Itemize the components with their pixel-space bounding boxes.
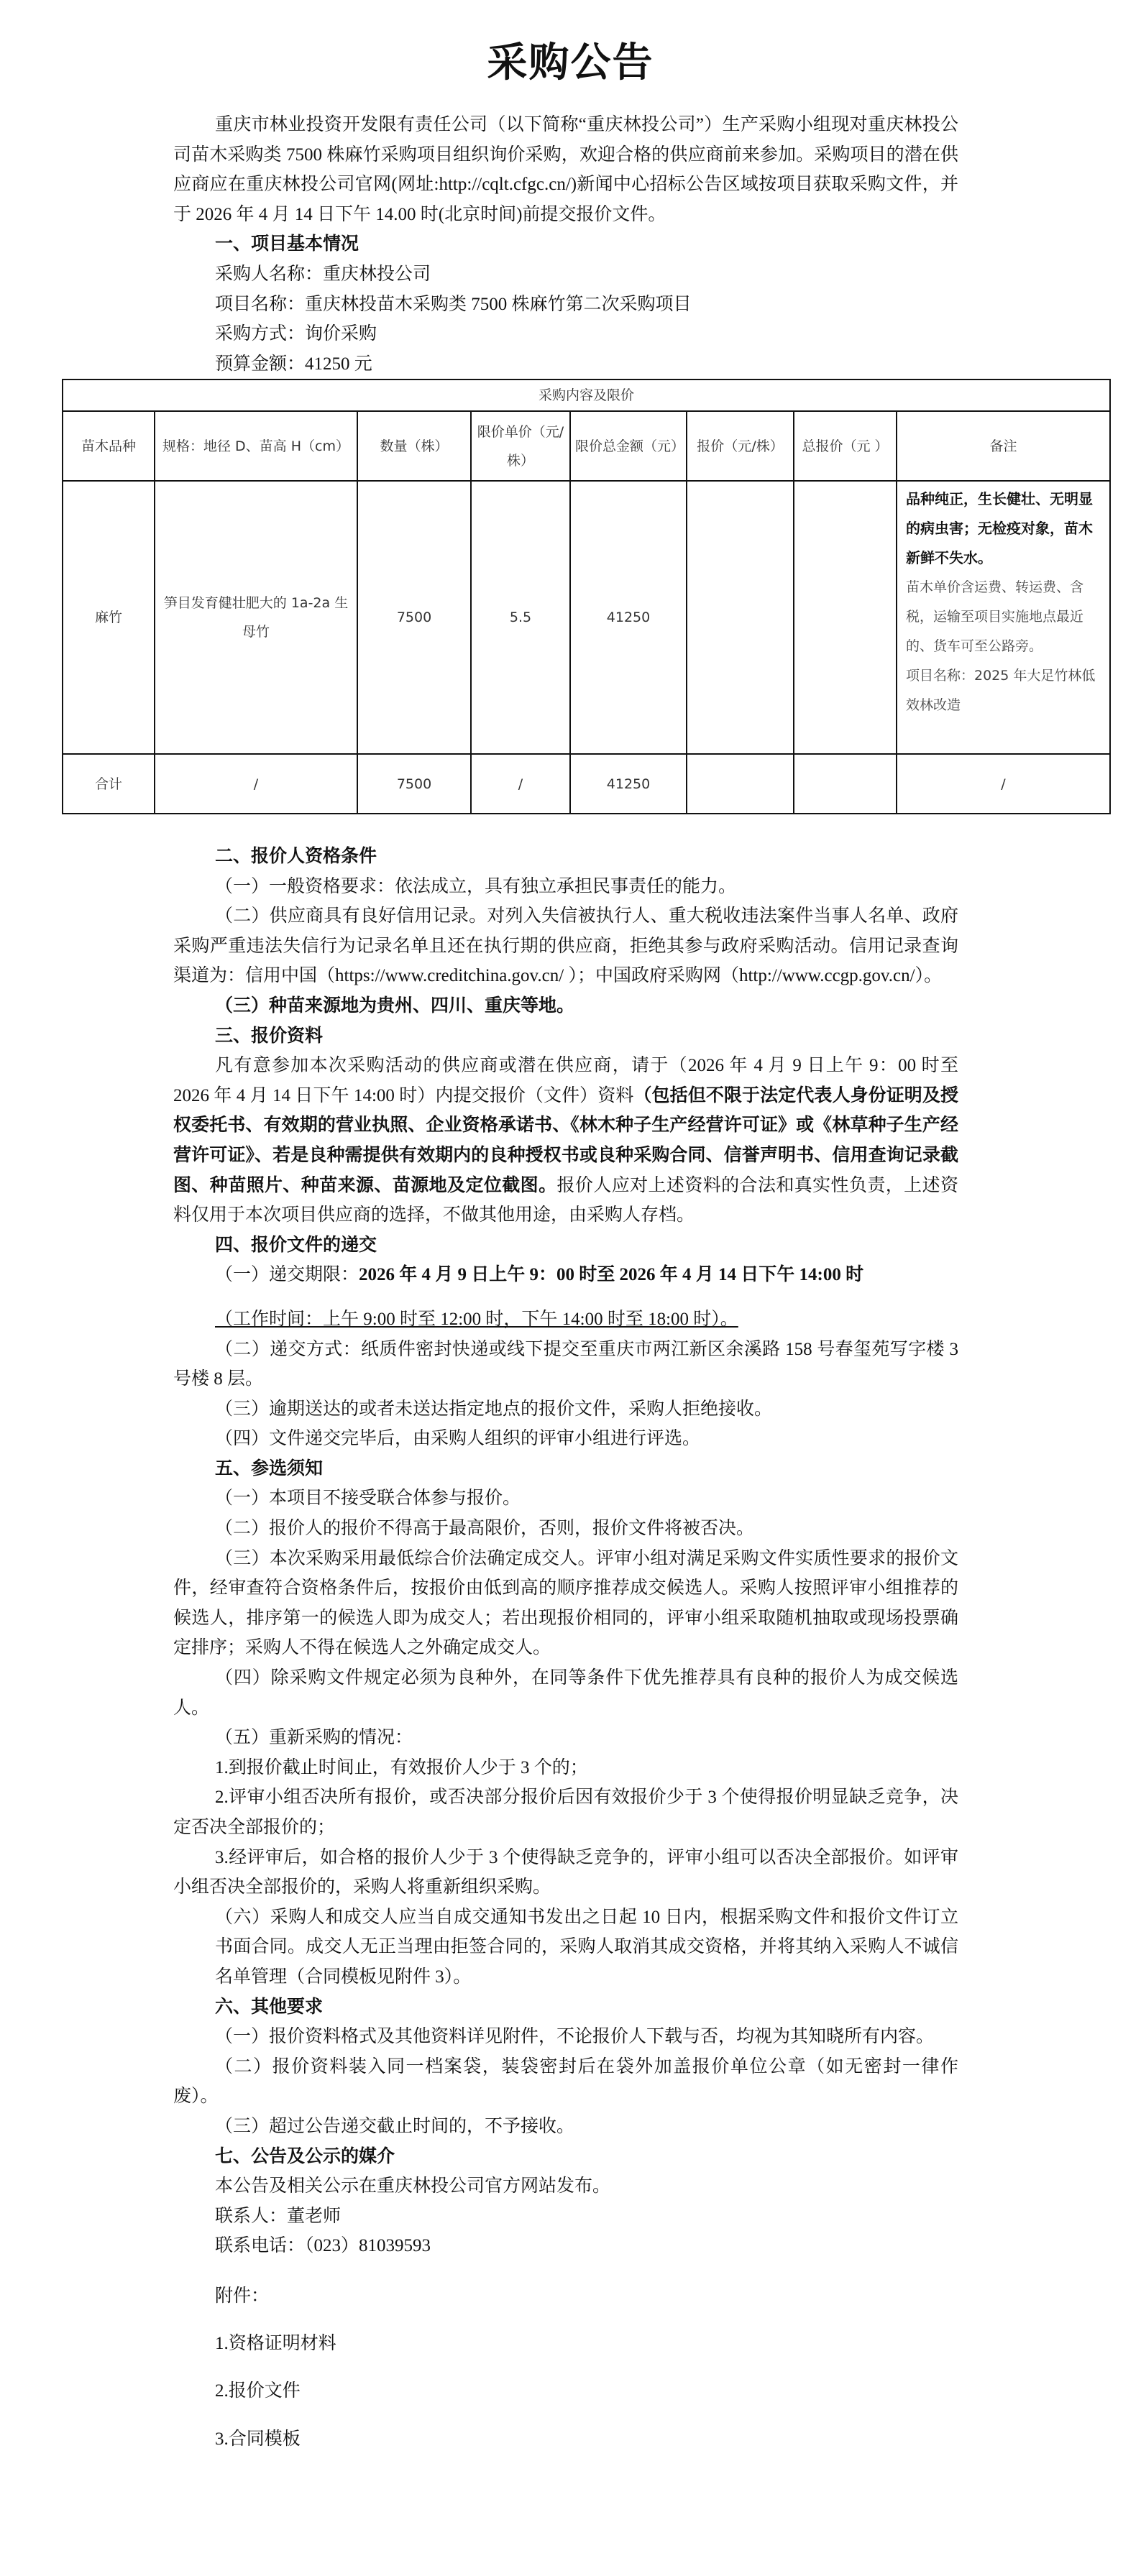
- spacer: [173, 2311, 958, 2329]
- section2-heading: 二、报价人资格条件: [173, 842, 958, 872]
- review-note: （四）文件递交完毕后，由采购人组织的评审小组进行评选。: [173, 1424, 958, 1454]
- total-quote: [687, 754, 794, 814]
- qualification-general: （一）一般资格要求：依法成立，具有独立承担民事责任的能力。: [173, 872, 958, 902]
- page-title: 采购公告: [0, 37, 1141, 88]
- quote-materials-paragraph: 凡有意参加本次采购活动的供应商或潜在供应商，请于（2026 年 4 月 9 日上…: [173, 1051, 958, 1230]
- table-caption: 采购内容及限价: [63, 379, 1110, 411]
- contact-person: 联系人：董老师: [173, 2202, 958, 2232]
- header-total-limit: 限价总金额（元）: [570, 411, 687, 481]
- total-label: 合计: [63, 754, 155, 814]
- late-submission: （三）逾期送达的或者未送达指定地点的报价文件，采购人拒绝接收。: [173, 1394, 958, 1425]
- other-req-2: （二）报价资料装入同一档案袋，装袋密封后在袋外加盖报价单位公章（如无密封一律作废…: [173, 2052, 958, 2112]
- notice-item-3: （三）本次采购采用最低综合价法确定成交人。评审小组对满足采购文件实质性要求的报价…: [173, 1544, 958, 1663]
- project-name: 项目名称：重庆林投苗木采购类 7500 株麻竹第二次采购项目: [173, 290, 958, 320]
- reprocure-case-3: 3.经评审后，如合格的报价人少于 3 个使得缺乏竞争的，评审小组可以否决全部报价…: [173, 1843, 958, 1903]
- notice-item-2: （二）报价人的报价不得高于最高限价，否则，报价文件将被否决。: [173, 1514, 958, 1544]
- notice-item-1: （一）本项目不接受联合体参与报价。: [173, 1483, 958, 1514]
- intro-paragraph: 重庆市林业投资开发限有责任公司（以下简称“重庆林投公司”）生产采购小组现对重庆林…: [173, 110, 958, 229]
- contact-phone: 联系电话：（023）81039593: [173, 2231, 958, 2261]
- total-spec: /: [155, 754, 357, 814]
- other-req-1: （一）报价资料格式及其他资料详见附件，不论报价人下载与否，均视为其知晓所有内容。: [173, 2022, 958, 2052]
- contract-signing: （六）采购人和成交人应当自成交通知书发出之日起 10 日内，根据采购文件和报价文…: [173, 1903, 958, 1992]
- section1-heading: 一、项目基本情况: [173, 229, 958, 259]
- header-remark: 备注: [897, 411, 1110, 481]
- cell-spec: 笋目发育健壮肥大的 1a-2a 生母竹: [155, 481, 357, 754]
- section6-heading: 六、其他要求: [173, 1992, 958, 2023]
- cell-unit-limit: 5.5: [471, 481, 570, 754]
- total-total-limit: 41250: [570, 754, 687, 814]
- cell-quote[interactable]: [687, 481, 794, 754]
- qualification-origin: （三）种苗来源地为贵州、四川、重庆等地。: [173, 991, 958, 1021]
- header-unit-limit: 限价单价（元/株）: [471, 411, 570, 481]
- table-header-row: 苗木品种 规格：地径 D、苗高 H（cm） 数量（株） 限价单价（元/株） 限价…: [63, 411, 1110, 481]
- section5-heading: 五、参选须知: [173, 1454, 958, 1484]
- spacer: [173, 2358, 958, 2376]
- reprocure-case-2: 2.评审小组否决所有报价，或否决部分报价后因有效报价少于 3 个使得报价明显缺乏…: [173, 1782, 958, 1842]
- attachment-item-2[interactable]: 2.报价文件: [173, 2376, 958, 2406]
- header-variety: 苗木品种: [63, 411, 155, 481]
- working-hours-text: （工作时间：上午 9:00 时至 12:00 时，下午 14:00 时至 18:…: [215, 1310, 738, 1329]
- procurement-method: 采购方式：询价采购: [173, 319, 958, 349]
- cell-quantity: 7500: [357, 481, 471, 754]
- section4-heading: 四、报价文件的递交: [173, 1230, 958, 1261]
- header-spec: 规格：地径 D、苗高 H（cm）: [155, 411, 357, 481]
- cell-variety: 麻竹: [63, 481, 155, 754]
- notice-item-5: （五）重新采购的情况：: [173, 1723, 958, 1753]
- header-quote: 报价（元/株）: [687, 411, 794, 481]
- deadline-label: （一）递交期限：: [215, 1265, 359, 1284]
- submission-deadline: （一）递交期限：2026 年 4 月 9 日上午 9：00 时至 2026 年 …: [173, 1260, 958, 1290]
- section3-heading: 三、报价资料: [173, 1021, 958, 1052]
- total-unit-limit: /: [471, 754, 570, 814]
- sections-block: 二、报价人资格条件 （一）一般资格要求：依法成立，具有独立承担民事责任的能力。 …: [173, 842, 958, 2454]
- deadline-value: 2026 年 4 月 9 日上午 9：00 时至 2026 年 4 月 14 日…: [359, 1265, 863, 1284]
- cell-remark: 品种纯正，生长健壮、无明显的病虫害；无检疫对象，苗木新鲜不失水。 苗木单价含运费…: [897, 481, 1110, 754]
- budget-amount: 预算金额：41250 元: [173, 349, 958, 379]
- spacer: [173, 2406, 958, 2424]
- reprocure-case-1: 1.到报价截止时间止，有效报价人少于 3 个的；: [173, 1753, 958, 1783]
- cell-total-quote[interactable]: [794, 481, 897, 754]
- other-req-3: （三）超过公告递交截止时间的，不予接收。: [173, 2112, 958, 2142]
- cell-total-limit: 41250: [570, 481, 687, 754]
- intro-block: 重庆市林业投资开发限有责任公司（以下简称“重庆林投公司”）生产采购小组现对重庆林…: [173, 110, 958, 379]
- notice-item-4: （四）除采购文件规定必须为良种外，在同等条件下优先推荐具有良种的报价人为成交候选…: [173, 1663, 958, 1723]
- total-total-quote: [794, 754, 897, 814]
- header-quantity: 数量（株）: [357, 411, 471, 481]
- submission-method: （二）递交方式：纸质件密封快递或线下提交至重庆市两江新区余溪路 158 号春玺苑…: [173, 1335, 958, 1394]
- buyer-name: 采购人名称：重庆林投公司: [173, 259, 958, 290]
- header-total-quote: 总报价（元 ）: [794, 411, 897, 481]
- section7-heading: 七、公告及公示的媒介: [173, 2142, 958, 2172]
- total-remark: /: [897, 754, 1110, 814]
- attachments-label: 附件：: [173, 2281, 958, 2311]
- spacer: [173, 1290, 958, 1305]
- publish-media: 本公告及相关公示在重庆林投公司官方网站发布。: [173, 2171, 958, 2202]
- working-hours: （工作时间：上午 9:00 时至 12:00 时，下午 14:00 时至 18:…: [173, 1305, 958, 1335]
- attachment-item-1[interactable]: 1.资格证明材料: [173, 2329, 958, 2359]
- spacer: [173, 2261, 958, 2281]
- remark-price-terms: 苗木单价含运费、转运费、含税，运输至项目实施地点最近的、货车可至公路旁。: [906, 573, 1102, 661]
- procurement-table: 采购内容及限价 苗木品种 规格：地径 D、苗高 H（cm） 数量（株） 限价单价…: [62, 379, 1111, 814]
- table-row: 麻竹 笋目发育健壮肥大的 1a-2a 生母竹 7500 5.5 41250 品种…: [63, 481, 1110, 754]
- attachment-item-3[interactable]: 3.合同模板: [173, 2424, 958, 2455]
- table-total-row: 合计 / 7500 / 41250 /: [63, 754, 1110, 814]
- qualification-credit: （二）供应商具有良好信用记录。对列入失信被执行人、重大税收违法案件当事人名单、政…: [173, 901, 958, 991]
- remark-project-name: 项目名称：2025 年大足竹林低效林改造: [906, 661, 1102, 720]
- total-quantity: 7500: [357, 754, 471, 814]
- remark-quality: 品种纯正，生长健壮、无明显的病虫害；无检疫对象，苗木新鲜不失水。: [906, 484, 1102, 573]
